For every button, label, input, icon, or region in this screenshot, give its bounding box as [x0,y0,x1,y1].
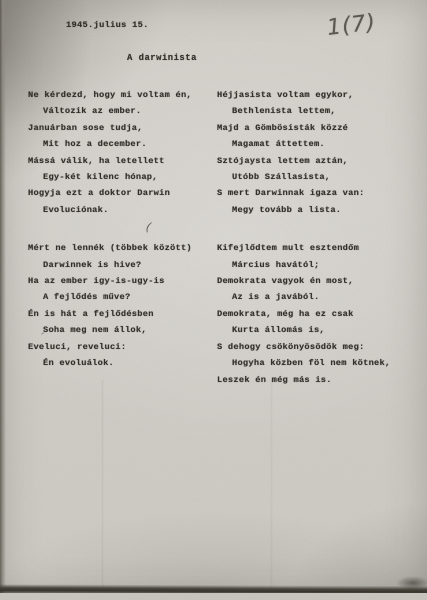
poem-line: Egy-két kilenc hónap, [28,169,216,185]
poem-title: A darwinista [127,53,197,63]
poem-line: Az is a javából. [217,289,425,305]
poem-line: Darwinnek is hive? [28,257,216,273]
poem-line: Evoluciónak. [28,202,216,218]
poem-line: Mássá válik, ha letellett [28,153,216,169]
poem-line: Januárban sose tudja, [28,120,216,136]
scanned-document-page: 1945.julius 15. 1(7) A darwinista Ne kér… [0,0,427,600]
scan-edge-left [0,0,6,596]
poem-line: S dehogy csökönyösödök meg: [217,339,425,355]
poem-stanza: Mért ne lennék (többek között)Darwinnek … [28,240,216,371]
poem-line: Március havától; [217,257,425,273]
pencil-mark: ´ [37,331,44,345]
paper-crease [101,380,104,590]
poem-line: Mért ne lennék (többek között) [28,240,216,256]
poem-stanza: Kifejlődtem mult esztendőmMárcius havátó… [217,240,425,388]
poem-line: Demokrata, még ha ez csak [217,306,425,322]
poem-line: Én is hát a fejlődésben [28,306,216,322]
poem-line: Változik az ember. [28,103,216,119]
poem-line: Hogyja ezt a doktor Darwin [28,185,216,201]
poem-line: Soha meg nem állok, [28,322,216,338]
poem-line: Ha az ember igy-is-ugy-is [28,273,216,289]
poem-line: Mit hoz a december. [28,136,216,152]
poem-line: Leszek én még más is. [217,372,425,388]
poem-column-right: Héjjasista voltam egykor,Bethlenista let… [217,87,425,388]
poem-line: Ne kérdezd, hogy mi voltam én, [28,87,216,103]
poem-line: Kurta állomás is, [217,322,425,338]
poem-line: Én evoluálok. [28,355,216,371]
poem-line: Majd a Gömbösisták közzé [217,120,425,136]
poem-line: Megy tovább a lista. [217,202,425,218]
poem-stanza: Ne kérdezd, hogy mi voltam én,Változik a… [28,87,216,218]
document-date: 1945.julius 15. [66,20,149,30]
paper-crease [270,380,273,590]
poem-line: Demokrata vagyok én most, [217,273,425,289]
poem-line: Héjjasista voltam egykor, [217,87,425,103]
poem-line: Bethlenista lettem, [217,103,425,119]
poem-line: A fejlődés műve? [28,289,216,305]
scan-blotch-bottom-right [396,576,427,590]
poem-line: Utóbb Szállasista, [217,169,425,185]
poem-line: Kifejlődtem mult esztendőm [217,240,425,256]
poem-stanza: Héjjasista voltam egykor,Bethlenista let… [217,87,425,218]
poem-column-left: Ne kérdezd, hogy mi voltam én,Változik a… [28,87,216,372]
poem-line: Sztójaysta lettem aztán, [217,153,425,169]
handwritten-page-number: 1(7) [326,10,378,41]
scan-edge-bottom-strip [0,593,427,600]
poem-line: S mert Darwinnak igaza van: [217,185,425,201]
poem-line: Eveluci, reveluci: [28,339,216,355]
poem-line: Magamat áttettem. [217,136,425,152]
poem-line: Hogyha közben föl nem kötnek, [217,355,425,371]
